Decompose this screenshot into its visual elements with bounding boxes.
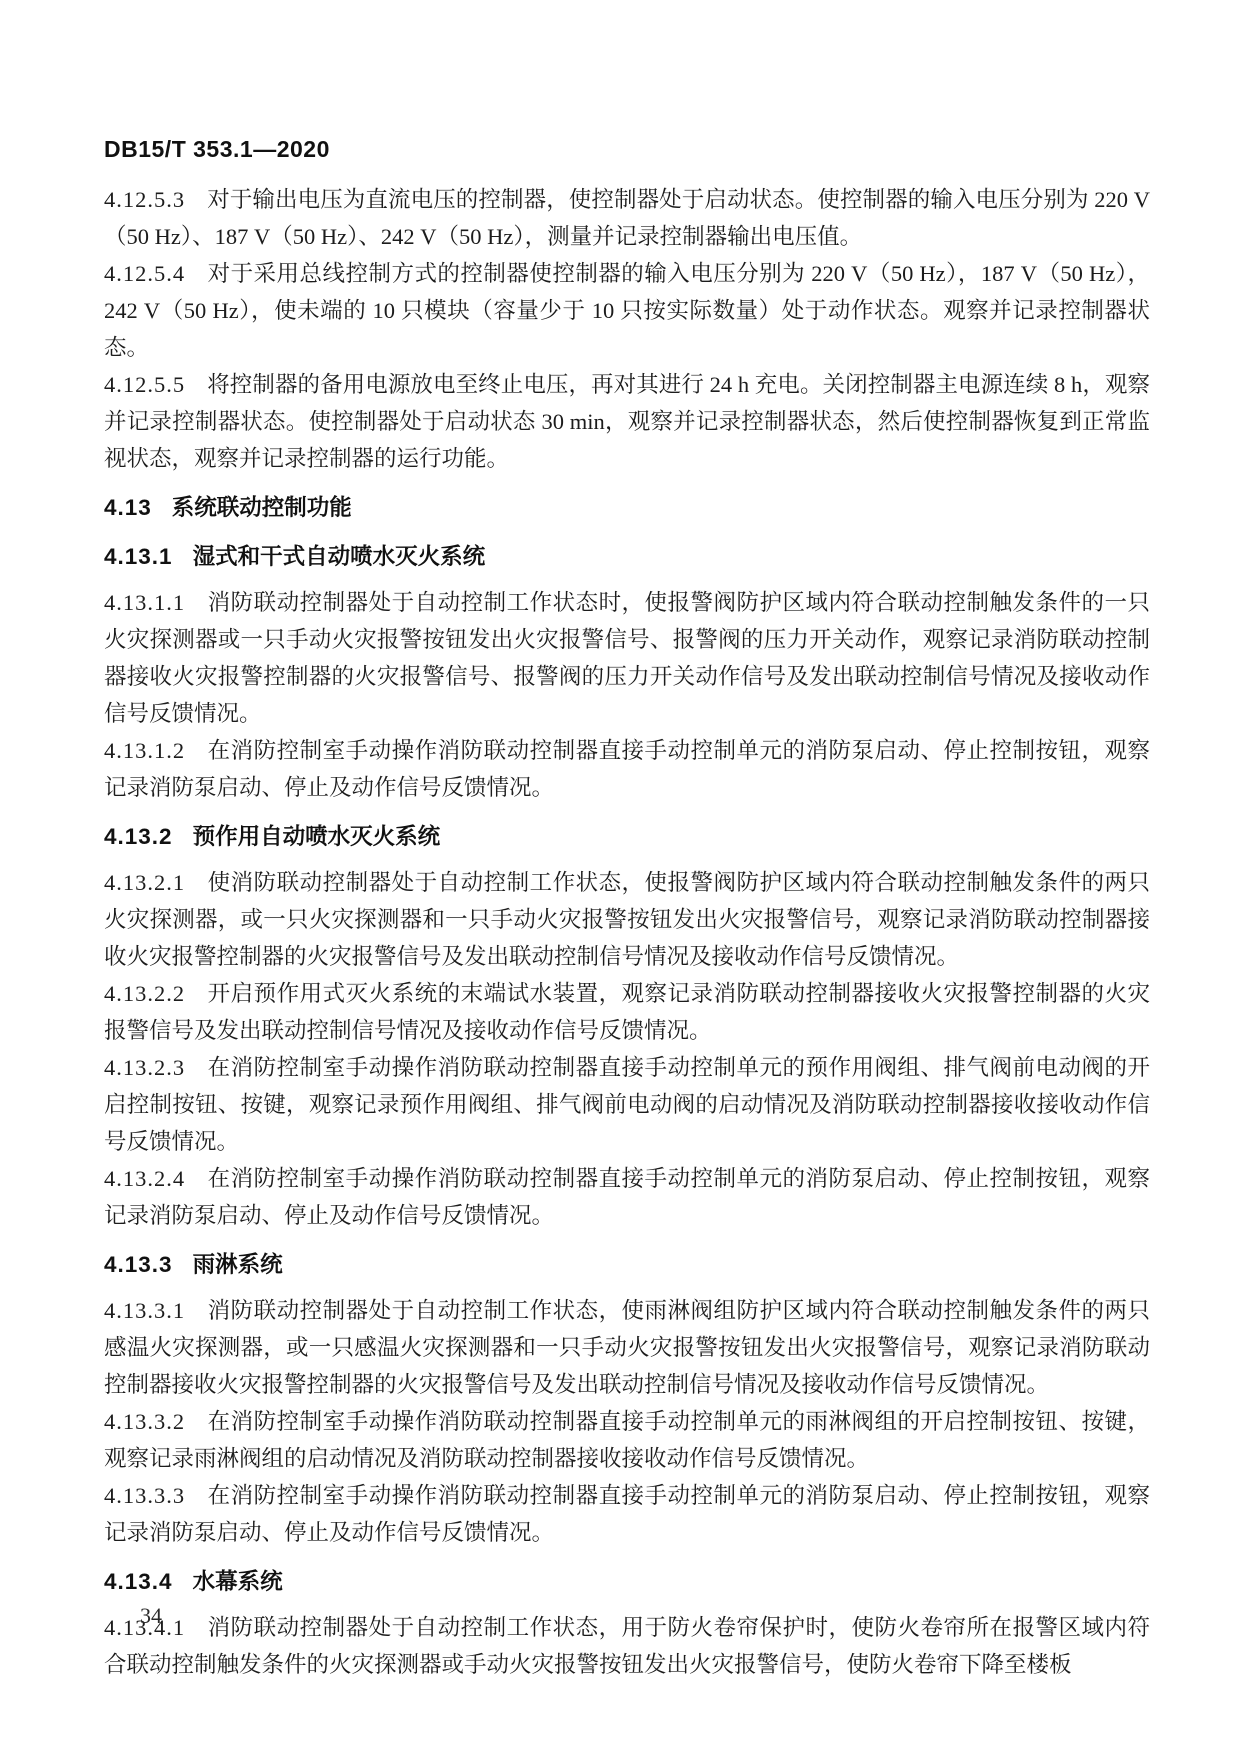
- clause-4-13-1-1: 4.13.1.1消防联动控制器处于自动控制工作状态时，使报警阀防护区域内符合联动…: [104, 584, 1150, 732]
- clause-number: 4.12.5.5: [104, 372, 185, 397]
- clause-4-12-5-3: 4.12.5.3对于输出电压为直流电压的控制器，使控制器处于启动状态。使控制器的…: [104, 181, 1150, 255]
- heading-number: 4.13: [104, 495, 152, 520]
- clause-text: 开启预作用式灭火系统的末端试水装置，观察记录消防联动控制器接收火灾报警控制器的火…: [104, 981, 1150, 1043]
- clause-number: 4.13.2.1: [104, 870, 185, 895]
- clause-text: 在消防控制室手动操作消防联动控制器直接手动控制单元的预作用阀组、排气阀前电动阀的…: [104, 1055, 1150, 1154]
- heading-title: 水幕系统: [193, 1569, 283, 1594]
- clause-4-13-2-3: 4.13.2.3在消防控制室手动操作消防联动控制器直接手动控制单元的预作用阀组、…: [104, 1049, 1150, 1160]
- clause-number: 4.13.3.2: [104, 1409, 185, 1434]
- clause-4-13-2-4: 4.13.2.4在消防控制室手动操作消防联动控制器直接手动控制单元的消防泵启动、…: [104, 1160, 1150, 1234]
- heading-number: 4.13.3: [104, 1252, 173, 1277]
- clause-text: 消防联动控制器处于自动控制工作状态，使雨淋阀组防护区域内符合联动控制触发条件的两…: [104, 1298, 1150, 1397]
- clause-number: 4.13.3.3: [104, 1483, 185, 1508]
- clause-number: 4.12.5.4: [104, 261, 185, 286]
- heading-title: 系统联动控制功能: [172, 495, 352, 520]
- clause-number: 4.13.1.1: [104, 590, 185, 615]
- clause-4-13-2-1: 4.13.2.1使消防联动控制器处于自动控制工作状态，使报警阀防护区域内符合联动…: [104, 864, 1150, 975]
- clause-number: 4.13.2.2: [104, 981, 185, 1006]
- clause-number: 4.13.3.1: [104, 1298, 185, 1323]
- clause-4-13-3-2: 4.13.3.2在消防控制室手动操作消防联动控制器直接手动控制单元的雨淋阀组的开…: [104, 1403, 1150, 1477]
- clause-number: 4.13.2.3: [104, 1055, 185, 1080]
- heading-number: 4.13.2: [104, 824, 173, 849]
- section-heading-4-13: 4.13系统联动控制功能: [104, 489, 1150, 526]
- page-number: 34: [140, 1603, 162, 1629]
- heading-number: 4.13.4: [104, 1569, 173, 1594]
- clause-4-13-4-1: 4.13.4.1消防联动控制器处于自动控制工作状态，用于防火卷帘保护时，使防火卷…: [104, 1609, 1150, 1683]
- clause-text: 消防联动控制器处于自动控制工作状态时，使报警阀防护区域内符合联动控制触发条件的一…: [104, 590, 1150, 726]
- clause-number: 4.13.1.2: [104, 738, 185, 763]
- clause-text: 消防联动控制器处于自动控制工作状态，用于防火卷帘保护时，使防火卷帘所在报警区域内…: [104, 1615, 1150, 1677]
- clause-text: 对于输出电压为直流电压的控制器，使控制器处于启动状态。使控制器的输入电压分别为 …: [104, 187, 1150, 249]
- section-heading-4-13-2: 4.13.2预作用自动喷水灭火系统: [104, 818, 1150, 855]
- clause-4-12-5-4: 4.12.5.4对于采用总线控制方式的控制器使控制器的输入电压分别为 220 V…: [104, 255, 1150, 366]
- heading-title: 预作用自动喷水灭火系统: [193, 824, 441, 849]
- clause-number: 4.13.2.4: [104, 1166, 185, 1191]
- heading-title: 湿式和干式自动喷水灭火系统: [193, 544, 486, 569]
- clause-text: 使消防联动控制器处于自动控制工作状态，使报警阀防护区域内符合联动控制触发条件的两…: [104, 870, 1150, 969]
- section-heading-4-13-3: 4.13.3雨淋系统: [104, 1246, 1150, 1283]
- clause-4-13-3-1: 4.13.3.1消防联动控制器处于自动控制工作状态，使雨淋阀组防护区域内符合联动…: [104, 1292, 1150, 1403]
- clause-text: 在消防控制室手动操作消防联动控制器直接手动控制单元的消防泵启动、停止控制按钮，观…: [104, 1483, 1150, 1545]
- section-heading-4-13-1: 4.13.1湿式和干式自动喷水灭火系统: [104, 538, 1150, 575]
- page-content: DB15/T 353.1—2020 4.12.5.3对于输出电压为直流电压的控制…: [104, 136, 1150, 1683]
- clause-number: 4.12.5.3: [104, 187, 185, 212]
- clause-text: 对于采用总线控制方式的控制器使控制器的输入电压分别为 220 V（50 Hz），…: [104, 261, 1150, 360]
- clause-text: 在消防控制室手动操作消防联动控制器直接手动控制单元的消防泵启动、停止控制按钮，观…: [104, 1166, 1150, 1228]
- clause-4-13-2-2: 4.13.2.2开启预作用式灭火系统的末端试水装置，观察记录消防联动控制器接收火…: [104, 975, 1150, 1049]
- heading-title: 雨淋系统: [193, 1252, 283, 1277]
- clause-text: 将控制器的备用电源放电至终止电压，再对其进行 24 h 充电。关闭控制器主电源连…: [104, 372, 1150, 471]
- clause-4-13-1-2: 4.13.1.2在消防控制室手动操作消防联动控制器直接手动控制单元的消防泵启动、…: [104, 732, 1150, 806]
- standard-number-header: DB15/T 353.1—2020: [104, 136, 1150, 163]
- document-page: DB15/T 353.1—2020 4.12.5.3对于输出电压为直流电压的控制…: [0, 0, 1241, 1755]
- clause-text: 在消防控制室手动操作消防联动控制器直接手动控制单元的雨淋阀组的开启控制按钮、按键…: [104, 1409, 1150, 1471]
- clause-text: 在消防控制室手动操作消防联动控制器直接手动控制单元的消防泵启动、停止控制按钮，观…: [104, 738, 1150, 800]
- clause-4-12-5-5: 4.12.5.5将控制器的备用电源放电至终止电压，再对其进行 24 h 充电。关…: [104, 366, 1150, 477]
- heading-number: 4.13.1: [104, 544, 173, 569]
- section-heading-4-13-4: 4.13.4水幕系统: [104, 1563, 1150, 1600]
- clause-4-13-3-3: 4.13.3.3在消防控制室手动操作消防联动控制器直接手动控制单元的消防泵启动、…: [104, 1477, 1150, 1551]
